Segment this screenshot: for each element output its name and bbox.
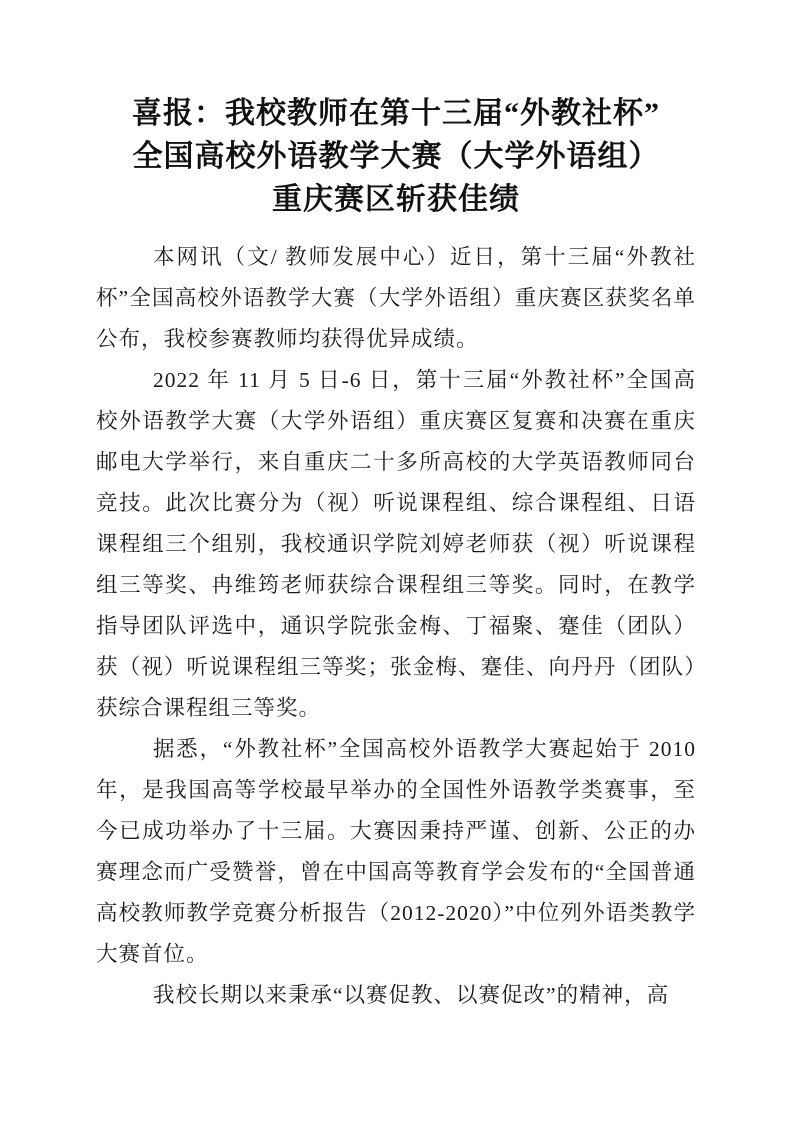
paragraph-competition-background: 据悉，“外教社杯”全国高校外语教学大赛起始于 2010 年，是我国高等学校最早举… <box>96 729 696 975</box>
paragraph-competition-results: 2022 年 11 月 5 日-6 日，第十三届“外教社杯”全国高校外语教学大赛… <box>96 360 696 729</box>
document-body: 本网讯（文/ 教师发展中心）近日，第十三届“外教社杯”全国高校外语教学大赛（大学… <box>96 237 696 1016</box>
document-title: 喜报：我校教师在第十三届“外教社杯” 全国高校外语教学大赛（大学外语组） 重庆赛… <box>96 92 696 221</box>
document-title-line-2: 全国高校外语教学大赛（大学外语组） <box>96 135 696 178</box>
document-title-line-1: 喜报：我校教师在第十三届“外教社杯” <box>96 92 696 135</box>
document-content: 喜报：我校教师在第十三届“外教社杯” 全国高校外语教学大赛（大学外语组） 重庆赛… <box>0 0 793 1016</box>
paragraph-school-spirit-truncated: 我校长期以来秉承“以赛促教、以赛促改”的精神，高 <box>96 975 696 1016</box>
paragraph-intro: 本网讯（文/ 教师发展中心）近日，第十三届“外教社杯”全国高校外语教学大赛（大学… <box>96 237 696 360</box>
document-page: 喜报：我校教师在第十三届“外教社杯” 全国高校外语教学大赛（大学外语组） 重庆赛… <box>0 0 793 1122</box>
document-title-line-3: 重庆赛区斩获佳绩 <box>96 178 696 221</box>
